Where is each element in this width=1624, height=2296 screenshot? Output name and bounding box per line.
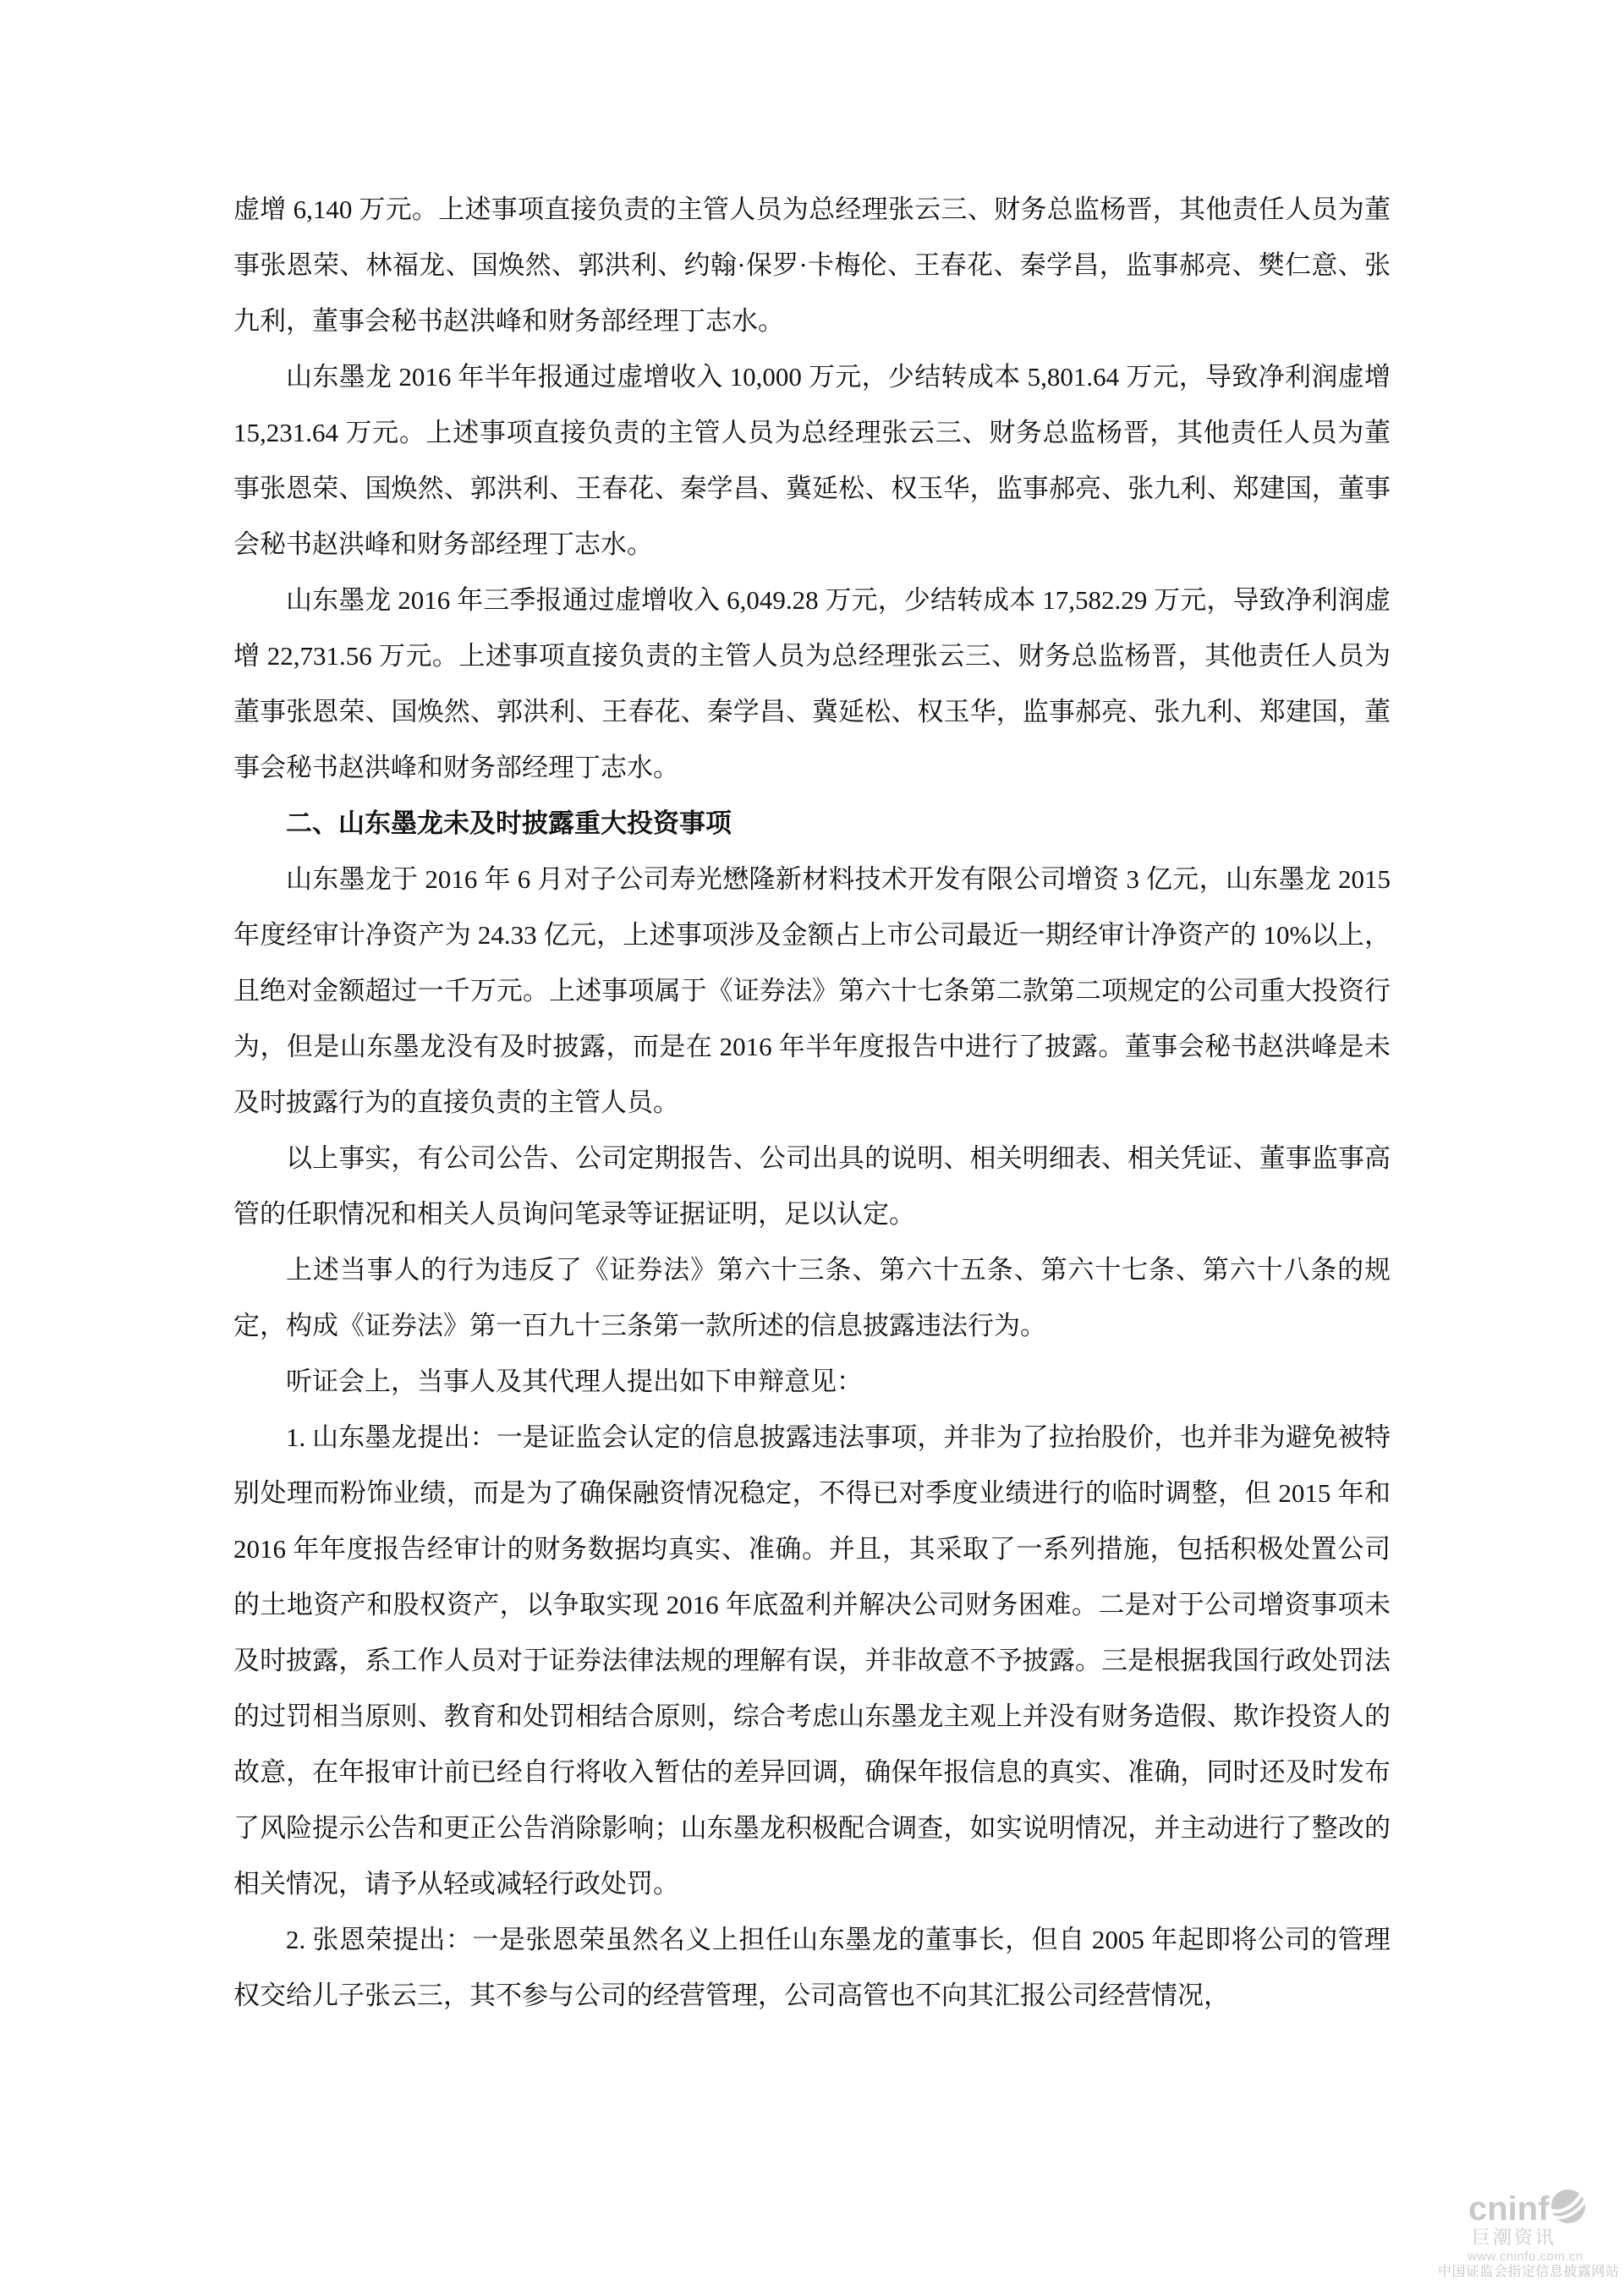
- paragraph-continuation: 虚增 6,140 万元。上述事项直接负责的主管人员为总经理张云三、财务总监杨晋，…: [233, 182, 1391, 349]
- paragraph: 1. 山东墨龙提出：一是证监会认定的信息披露违法事项，并非为了拉抬股价，也并非为…: [233, 1410, 1391, 1912]
- paragraph: 山东墨龙于 2016 年 6 月对子公司寿光懋隆新材料技术开发有限公司增资 3 …: [233, 852, 1391, 1131]
- cninfo-brand-text: 巨潮资讯: [1472, 2228, 1556, 2248]
- paragraph: 山东墨龙 2016 年三季报通过虚增收入 6,049.28 万元，少结转成本 1…: [233, 573, 1391, 796]
- paragraph: 2. 张恩荣提出：一是张恩荣虽然名义上担任山东墨龙的董事长，但自 2005 年起…: [233, 1912, 1391, 2024]
- document-page: 虚增 6,140 万元。上述事项直接负责的主管人员为总经理张云三、财务总监杨晋，…: [0, 0, 1624, 2296]
- cninfo-tagline-text: 中国证监会指定信息披露网站: [1438, 2265, 1620, 2280]
- paragraph: 以上事实，有公司公告、公司定期报告、公司出具的说明、相关明细表、相关凭证、董事监…: [233, 1131, 1391, 1242]
- document-body: 虚增 6,140 万元。上述事项直接负责的主管人员为总经理张云三、财务总监杨晋，…: [233, 182, 1391, 2024]
- cninfo-logo-text: cninf: [1468, 2192, 1550, 2226]
- cninfo-globe-icon: [1550, 2189, 1586, 2224]
- paragraph: 听证会上，当事人及其代理人提出如下申辩意见：: [233, 1354, 1391, 1410]
- cninfo-logo: cninf: [1468, 2192, 1586, 2226]
- section-heading: 二、山东墨龙未及时披露重大投资事项: [233, 796, 1391, 852]
- cninfo-url-text: www.cninfo.com.cn: [1468, 2250, 1583, 2264]
- cninfo-watermark: cninf 巨潮资讯 www.cninfo.com.cn 中国证监会指定信息披露…: [1438, 2190, 1622, 2285]
- paragraph: 山东墨龙 2016 年半年报通过虚增收入 10,000 万元，少结转成本 5,8…: [233, 349, 1391, 573]
- paragraph: 上述当事人的行为违反了《证券法》第六十三条、第六十五条、第六十七条、第六十八条的…: [233, 1242, 1391, 1354]
